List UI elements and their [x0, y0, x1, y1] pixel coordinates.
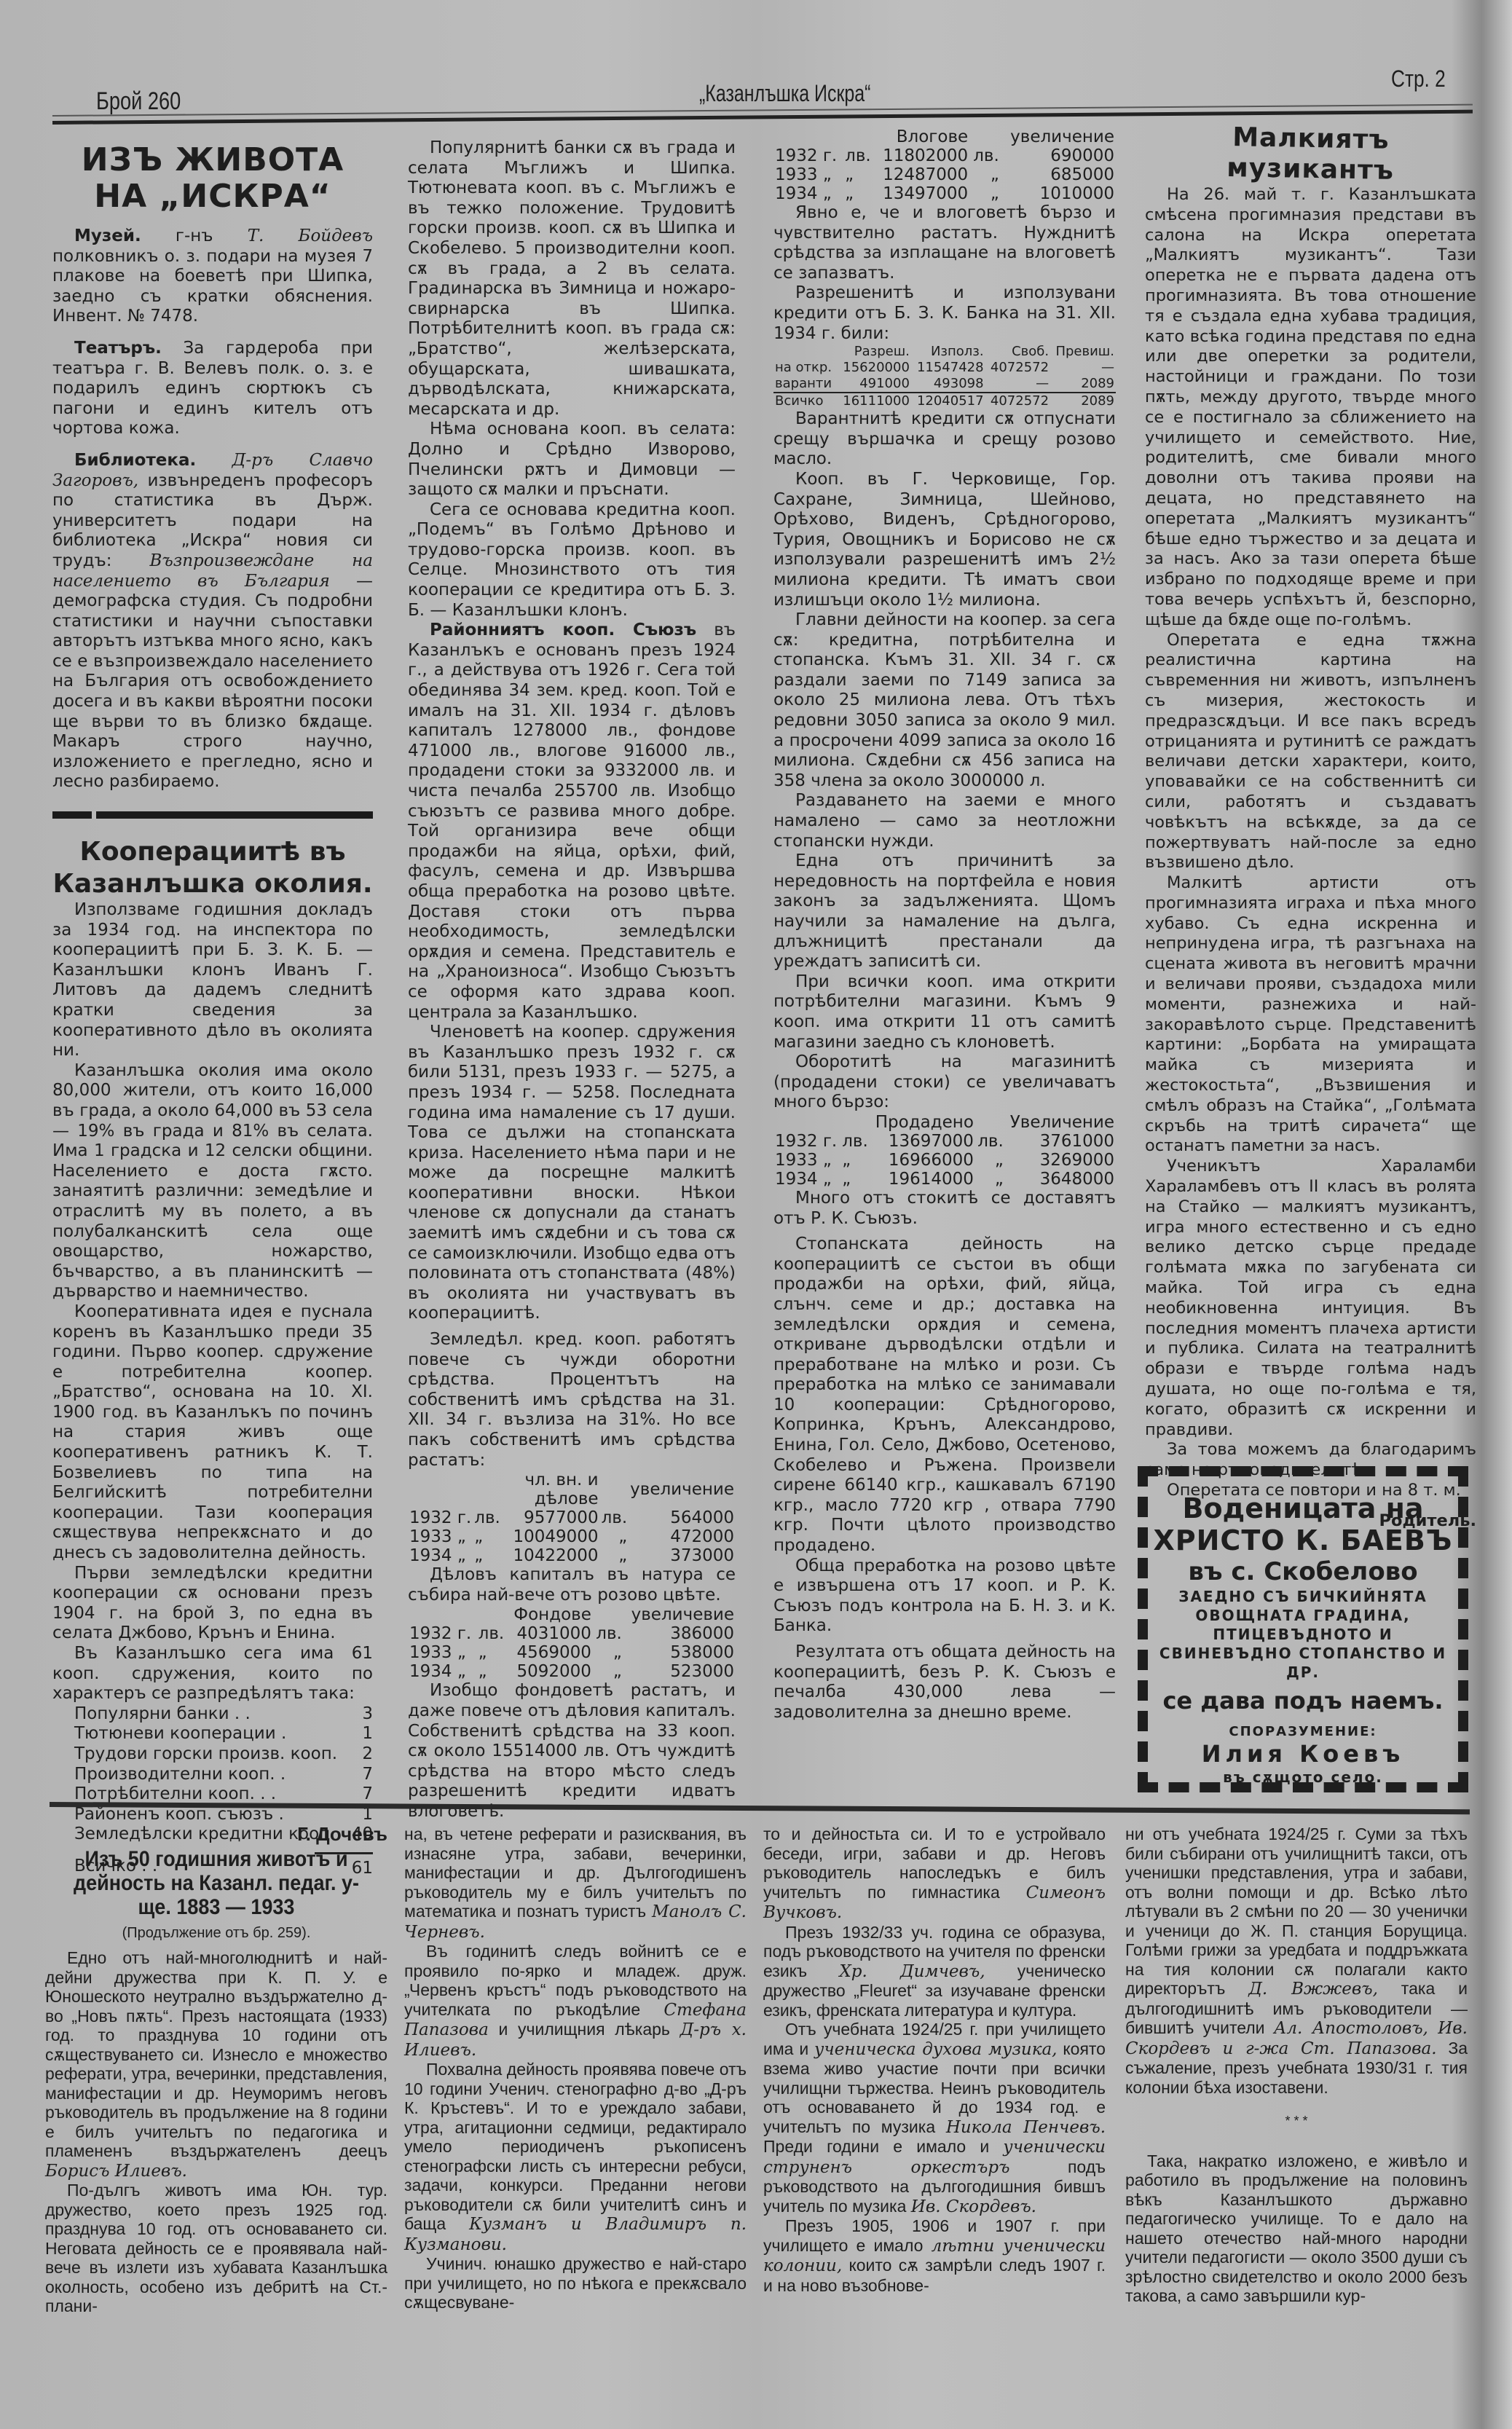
paragraph: Популярнитѣ банки сѫ въ града и селата М… — [408, 138, 736, 420]
issue-number: Брой 260 — [96, 87, 181, 116]
table-row: 1934 „„5092000„523000 — [408, 1662, 736, 1681]
table-row: 1932 г.лв.9577000лв.564000 — [408, 1508, 736, 1527]
paragraph: Районниятъ кооп. Съюзъ въ Казанлъкъ е ос… — [408, 621, 736, 1023]
paragraph: При всички кооп. има открити потрѣбителн… — [773, 972, 1116, 1052]
members-capital-table: чл. вн. и дѣловеувеличение 1932 г.лв.957… — [408, 1471, 736, 1565]
paragraph: Въ годинитѣ следъ войнитѣ се е проявило … — [404, 1942, 747, 2060]
paragraph: Презъ 1905, 1906 и 1907 г. при училището… — [763, 2216, 1106, 2295]
paragraph: Сега се основава кредитна кооп. „Подемъ“… — [408, 500, 736, 621]
bottom-column-4: ни отъ учебната 1924/25 г. Суми за тѣхъ … — [1125, 1824, 1468, 2306]
list-item: Тютюневи кооперации .1 — [74, 1724, 373, 1744]
paragraph: Явно е, че и влоговетѣ бързо и чувствите… — [773, 203, 1116, 283]
paragraph: Варантнитѣ кредити сѫ отпуснати срещу въ… — [773, 409, 1116, 470]
paragraph: Много отъ стокитѣ се доставятъ отъ Р. К.… — [773, 1189, 1116, 1229]
paragraph: На 26. май т. г. Казанлъшката смѣсена пр… — [1145, 185, 1476, 631]
paragraph: Учинич. юнашко дружество е най-старо при… — [404, 2254, 747, 2312]
paragraph: Ученикътъ Хараламби Хараламбевъ отъ II к… — [1145, 1157, 1476, 1440]
list-item: Популярни банки . .3 — [74, 1704, 373, 1725]
table-row: 1933 „„10049000„472000 — [408, 1527, 736, 1546]
paragraph: Една отъ причинитѣ за нередовность на по… — [773, 851, 1116, 972]
bottom-column-3: то и дейностьта си. И то е устройвало бе… — [763, 1824, 1106, 2295]
table-row: 1934 „„13497000„1010000 — [773, 184, 1116, 203]
table-row: 1932 г.лв.13697000лв.3761000 — [773, 1132, 1116, 1151]
table-row: 1933 „„12487000„685000 — [773, 165, 1116, 184]
list-item: Производителни кооп. .7 — [74, 1765, 373, 1785]
newspaper-title: „Казанлъшка Искра“ — [699, 80, 870, 107]
deposits-table: Влоговеувеличение 1932 г.лв.11802000лв.6… — [773, 127, 1116, 203]
paragraph: Кооперативната идея е пуснала коренъ въ … — [52, 1302, 373, 1564]
article-title-cooperatives: Кооперациитѣ въ Казанлъшка околия. — [52, 836, 373, 900]
paragraph: Отъ учебната 1924/25 г. при училището им… — [763, 2020, 1106, 2216]
paragraph: Разрешенитѣ и използувани кредити отъ Б.… — [773, 283, 1116, 344]
table-row: 1933 „„4569000„538000 — [408, 1643, 736, 1662]
funds-table: Фондовеувеличевие 1932 г.лв.4031000лв.38… — [408, 1605, 736, 1681]
list-item: Трудови горски произв. кооп.2 — [74, 1744, 373, 1765]
paragraph: ни отъ учебната 1924/25 г. Суми за тѣхъ … — [1125, 1824, 1468, 2097]
museum-note: Музей. г-нъ Т. Бойдевъ полковникъ о. з. … — [52, 227, 373, 327]
paragraph: По-дългъ животъ има Юн. тур. дружество, … — [45, 2181, 387, 2316]
table-row: на откр.15620000115474284072572— — [773, 360, 1116, 376]
asterism-divider: * * * — [1125, 2111, 1468, 2131]
paragraph: Стопанската дейность на кооперациитѣ се … — [773, 1235, 1116, 1556]
paragraph: Членоветѣ на коопер. сдружения въ Казанл… — [408, 1023, 736, 1324]
article-title-50-years: Изъ 50 годишния животъ и дейность на Каз… — [63, 1847, 371, 1919]
table-row: 1932 г.лв.4031000лв.386000 — [408, 1624, 736, 1643]
newspaper-page: Брой 260 „Казанлъшка Искра“ Стр. 2 ИЗЪ Ж… — [0, 0, 1512, 2429]
paragraph: Оперетата е една тѫжна реалистична карти… — [1145, 631, 1476, 874]
section-title-iskra: ИЗЪ ЖИВОТА НА „ИСКРА“ — [52, 142, 373, 215]
table-row: 1932 г.лв.11802000лв.690000 — [773, 146, 1116, 165]
paragraph: Едно отъ най-многолюднитѣ и най-дейни др… — [45, 1948, 387, 2181]
paragraph: Кооп. въ Г. Черковище, Гор. Сахране, Зим… — [773, 470, 1116, 610]
paragraph: Презъ 1932/33 уч. година се образува, по… — [763, 1923, 1106, 2020]
paragraph: Резултата отъ общата дейность на коопера… — [773, 1642, 1116, 1723]
section-divider — [52, 811, 373, 819]
bottom-column-2: на, въ четене реферати и разисквания, въ… — [404, 1824, 747, 2312]
table-row: 1934 „„19614000„3648000 — [773, 1170, 1116, 1189]
paragraph: Използваме годишния докладъ за 1934 год.… — [52, 900, 373, 1061]
paragraph: Така, накратко изложено, е живѣло и рабо… — [1125, 2152, 1468, 2306]
paragraph: Главни дейности на коопер. за сега сѫ: к… — [773, 610, 1116, 791]
page-number: Стр. 2 — [1391, 66, 1446, 92]
column-2: Популярнитѣ банки сѫ въ града и селата М… — [408, 138, 736, 1822]
table-total-row: Всичко161110001204051740725722089 — [773, 393, 1116, 409]
table-row: 1934 „„10422000„373000 — [408, 1546, 736, 1565]
paragraph: Раздаването на заеми е много намалено — … — [773, 791, 1116, 851]
paragraph: Въ Казанлъшко сега има 61 кооп. сдружени… — [52, 1644, 373, 1704]
paragraph: Изобщо фондоветѣ растатъ, и даже повече … — [408, 1681, 736, 1822]
theatre-note: Театъръ. За гардероба при театъра г. В. … — [52, 339, 373, 439]
paragraph: Нѣма основана кооп. въ селата: Долно и С… — [408, 420, 736, 500]
library-note: Библиотека. Д-ръ Славчо Загоровъ, извънр… — [52, 451, 373, 792]
paragraph: Похвална дейность проявява повече отъ 10… — [404, 2060, 747, 2254]
bottom-column-1: Г. Дочевъ Изъ 50 годишния животъ и дейно… — [45, 1824, 387, 2316]
table-row: варанти491000493098—2089 — [773, 376, 1116, 393]
paragraph: Първи земледѣлски кредитни кооперации сѫ… — [52, 1564, 373, 1644]
credits-table: Разреш.Използ.Своб.Превиш. на откр.15620… — [773, 344, 1116, 409]
sales-table: ПродаденоУвеличение 1932 г.лв.13697000лв… — [773, 1113, 1116, 1189]
paragraph: Оборотитѣ на магазинитѣ (продадени стоки… — [773, 1052, 1116, 1113]
continuation-note: (Продължение отъ бр. 259). — [45, 1924, 387, 1943]
paragraph: Дѣловъ капиталъ въ натура се събира най-… — [408, 1565, 736, 1605]
paragraph: то и дейностьта си. И то е устройвало бе… — [763, 1824, 1106, 1923]
column-1: ИЗЪ ЖИВОТА НА „ИСКРА“ Музей. г-нъ Т. Бой… — [52, 142, 373, 1879]
paragraph: Казанлъшка околия има около 80,000 жител… — [52, 1061, 373, 1302]
table-row: 1933 „„16966000„3269000 — [773, 1151, 1116, 1170]
article-title-little-musician: Малкиятъ музикантъ — [1144, 121, 1476, 188]
paragraph: Земледѣл. кред. кооп. работятъ повече съ… — [408, 1330, 736, 1471]
paragraph: Малкитѣ артисти отъ прогимназията играха… — [1145, 873, 1476, 1157]
mill-rental-advertisement: Воденицата на ХРИСТО К. БАЕВЪ въ с. Скоб… — [1138, 1466, 1468, 1792]
paragraph: на, въ четене реферати и разисквания, въ… — [404, 1824, 747, 1942]
article-author: Г. Дочевъ — [45, 1824, 387, 1844]
column-3: Влоговеувеличение 1932 г.лв.11802000лв.6… — [773, 127, 1116, 1723]
paragraph: Обща преработка на розово цвѣте е извърш… — [773, 1556, 1116, 1637]
column-4: Малкиятъ музикантъ На 26. май т. г. Каза… — [1145, 124, 1476, 1532]
